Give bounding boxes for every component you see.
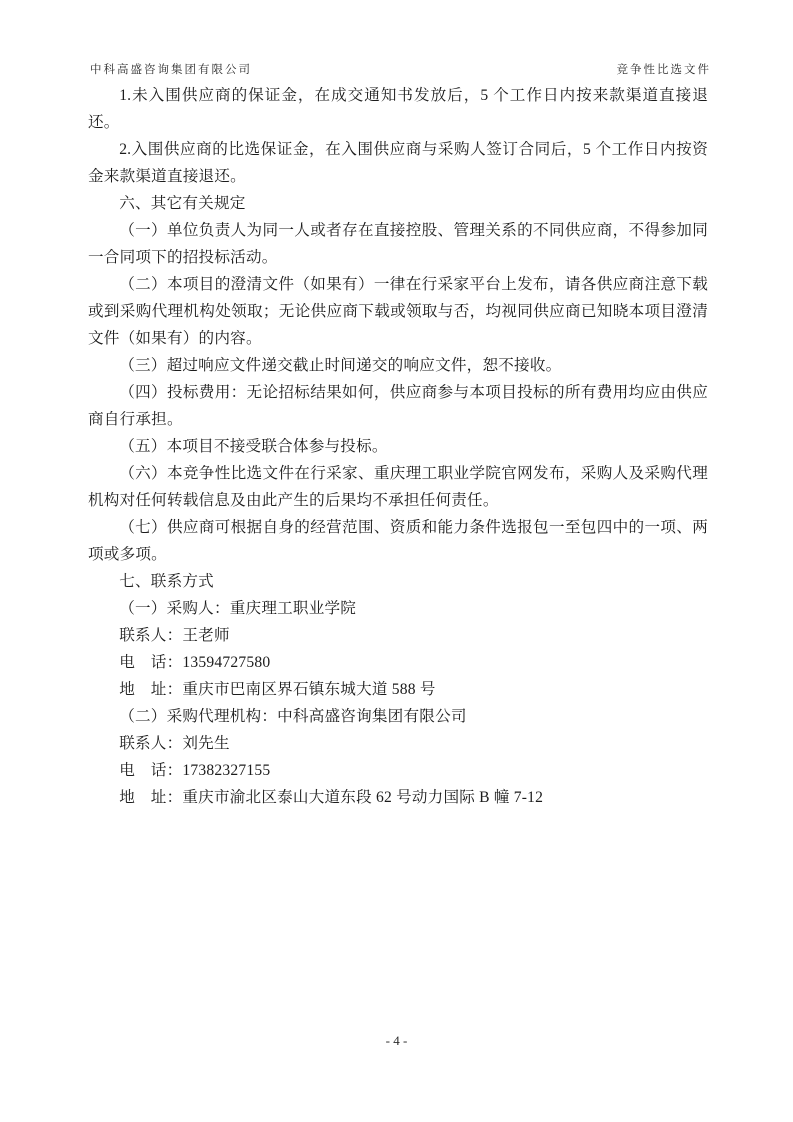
para-purchaser-address: 地 址：重庆市巴南区界石镇东城大道 588 号 (88, 676, 708, 703)
para-provision-4: （四）投标费用：无论招标结果如何，供应商参与本项目投标的所有费用均应由供应商自行… (88, 379, 708, 433)
para-provision-7: （七）供应商可根据自身的经营范围、资质和能力条件选报包一至包四中的一项、两项或多… (88, 514, 708, 568)
para-agency-contact-person: 联系人：刘先生 (88, 730, 708, 757)
para-purchaser-name: （一）采购人：重庆理工职业学院 (88, 595, 708, 622)
para-purchaser-phone: 电 话：13594727580 (88, 649, 708, 676)
para-agency-address: 地 址：重庆市渝北区泰山大道东段 62 号动力国际 B 幢 7-12 (88, 784, 708, 811)
para-provision-5: （五）本项目不接受联合体参与投标。 (88, 433, 708, 460)
document-page: 中科高盛咨询集团有限公司 竞争性比选文件 1.未入围供应商的保证金，在成交通知书… (0, 0, 793, 1122)
document-body: 1.未入围供应商的保证金，在成交通知书发放后，5 个工作日内按来款渠道直接退还。… (88, 82, 708, 811)
heading-section-other-provisions: 六、其它有关规定 (88, 190, 708, 217)
para-provision-1: （一）单位负责人为同一人或者存在直接控股、管理关系的不同供应商，不得参加同一合同… (88, 217, 708, 271)
para-provision-6: （六）本竞争性比选文件在行采家、重庆理工职业学院官网发布，采购人及采购代理机构对… (88, 460, 708, 514)
header-doc-type: 竞争性比选文件 (617, 61, 712, 77)
page-number: - 4 - (386, 1033, 408, 1048)
heading-section-contact-info: 七、联系方式 (88, 568, 708, 595)
page-footer: - 4 - (0, 1033, 793, 1049)
para-provision-3: （三）超过响应文件递交截止时间递交的响应文件，恕不接收。 (88, 352, 708, 379)
page-header: 中科高盛咨询集团有限公司 竞争性比选文件 (90, 61, 711, 77)
para-agency-phone: 电 话：17382327155 (88, 757, 708, 784)
header-company-name: 中科高盛咨询集团有限公司 (90, 61, 252, 77)
para-purchaser-contact-person: 联系人：王老师 (88, 622, 708, 649)
para-agency-name: （二）采购代理机构：中科高盛咨询集团有限公司 (88, 703, 708, 730)
para-deposit-refund-shortlisted: 2.入围供应商的比选保证金，在入围供应商与采购人签订合同后，5 个工作日内按资金… (88, 136, 708, 190)
para-provision-2: （二）本项目的澄清文件（如果有）一律在行采家平台上发布，请各供应商注意下载或到采… (88, 271, 708, 352)
para-deposit-refund-unshortlisted: 1.未入围供应商的保证金，在成交通知书发放后，5 个工作日内按来款渠道直接退还。 (88, 82, 708, 136)
